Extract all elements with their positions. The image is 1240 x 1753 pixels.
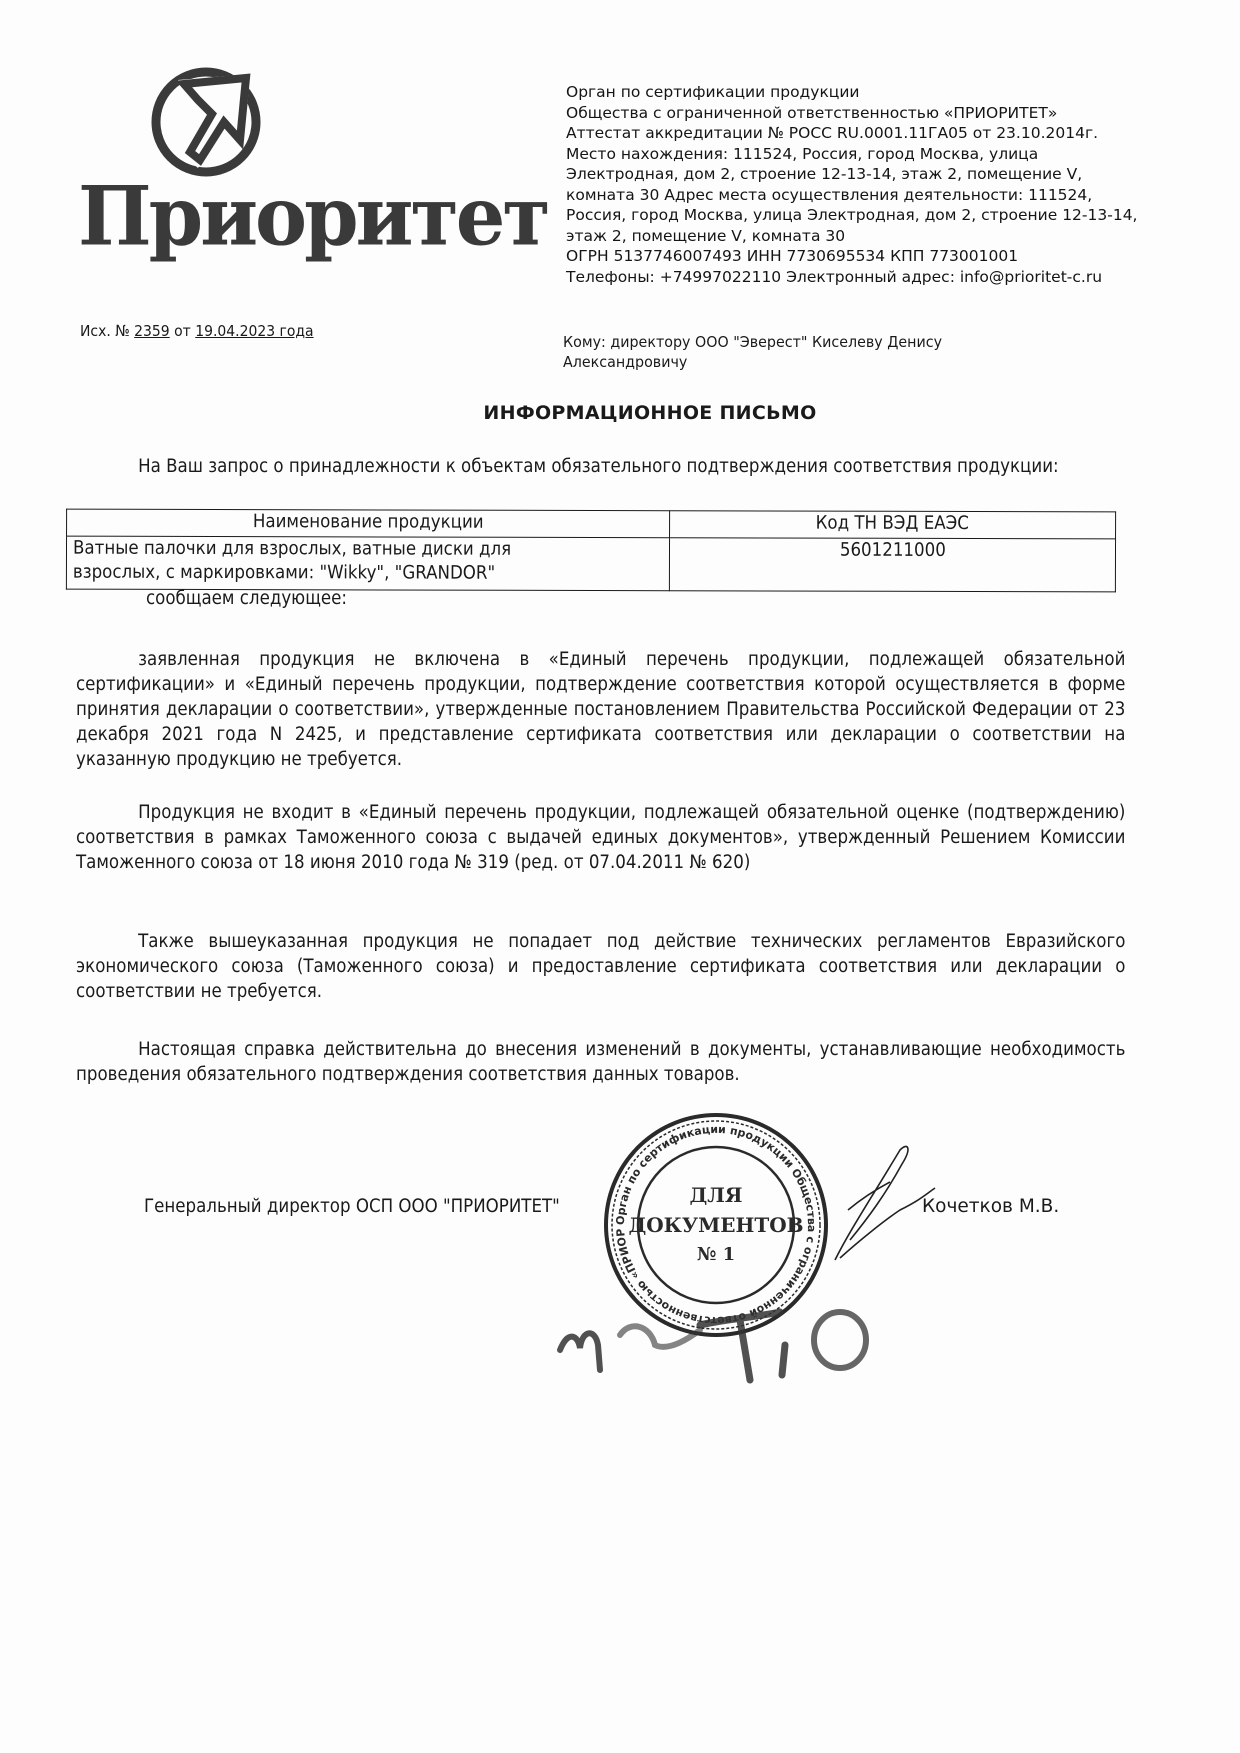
paragraph-1: заявленная продукция не включена в «Един… xyxy=(76,647,1125,772)
document-title: ИНФОРМАЦИОННОЕ ПИСЬМО xyxy=(0,402,1240,424)
circle-arrow-up-right-icon xyxy=(148,60,268,180)
outgoing-number: 2359 xyxy=(134,322,170,340)
recipient-line: Александровичу xyxy=(563,352,1041,372)
paragraph-4: Настоящая справка действительна до внесе… xyxy=(76,1037,1125,1087)
svg-text:ДЛЯ: ДЛЯ xyxy=(689,1183,742,1207)
paragraph-2: Продукция не входит в «Единый перечень п… xyxy=(76,800,1125,875)
outgoing-date: 19.04.2023 года xyxy=(195,322,313,340)
svg-text:ДОКУМЕНТОВ: ДОКУМЕНТОВ xyxy=(628,1213,803,1237)
header-product-name: Наименование продукции xyxy=(67,509,670,538)
org-line: Орган по сертификации продукции xyxy=(566,82,1166,103)
intro-paragraph: На Ваш запрос о принадлежности к объекта… xyxy=(76,454,1125,479)
logo-wordmark: Приоритет xyxy=(78,176,548,258)
signatory-name: Кочетков М.В. xyxy=(922,1196,1059,1217)
outgoing-prefix: Исх. № xyxy=(80,322,134,340)
recipient-line: Кому: директору ООО "Эверест" Киселеву Д… xyxy=(563,332,1041,352)
recipient: Кому: директору ООО "Эверест" Киселеву Д… xyxy=(563,332,1041,372)
org-line: Россия, город Москва, улица Электродная,… xyxy=(566,205,1166,226)
organization-details: Орган по сертификации продукции Общества… xyxy=(566,82,1166,287)
table-row: Ватные палочки для взрослых, ватные диск… xyxy=(66,536,1115,592)
outgoing-mid: от xyxy=(170,322,196,340)
table-header-row: Наименование продукции Код ТН ВЭД ЕАЭС xyxy=(67,509,1116,539)
product-table: Наименование продукции Код ТН ВЭД ЕАЭС В… xyxy=(66,509,1116,593)
outgoing-reference: Исх. № 2359 от 19.04.2023 года xyxy=(80,322,314,340)
header-code: Код ТН ВЭД ЕАЭС xyxy=(670,511,1116,539)
paragraph-3: Также вышеуказанная продукция не попадае… xyxy=(76,929,1125,1004)
org-line: Общества с ограниченной ответственностью… xyxy=(566,103,1166,124)
org-line: этаж 2, помещение V, комната 30 xyxy=(566,226,1166,247)
cell-product-name: Ватные палочки для взрослых, ватные диск… xyxy=(66,536,669,591)
cell-code: 5601211000 xyxy=(669,538,1115,592)
document-page: Приоритет Орган по сертификации продукци… xyxy=(0,0,1240,1753)
org-line: Место нахождения: 111524, Россия, город … xyxy=(566,144,1166,165)
svg-text:№ 1: № 1 xyxy=(697,1244,735,1265)
org-line: Аттестат аккредитации № РОСС RU.0001.11Г… xyxy=(566,123,1166,144)
org-line: комната 30 Адрес места осуществления дея… xyxy=(566,185,1166,206)
inform-line: сообщаем следующее: xyxy=(146,586,347,611)
company-logo: Приоритет xyxy=(78,60,478,260)
org-line: ОГРН 5137746007493 ИНН 7730695534 КПП 77… xyxy=(566,246,1166,267)
handwritten-note-icon xyxy=(550,1290,950,1400)
handwritten-signature-icon xyxy=(830,1140,940,1270)
signatory-title: Генеральный директор ОСП ООО "ПРИОРИТЕТ" xyxy=(144,1196,560,1217)
org-line: Телефоны: +74997022110 Электронный адрес… xyxy=(566,267,1166,288)
org-line: Электродная, дом 2, строение 12-13-14, э… xyxy=(566,164,1166,185)
